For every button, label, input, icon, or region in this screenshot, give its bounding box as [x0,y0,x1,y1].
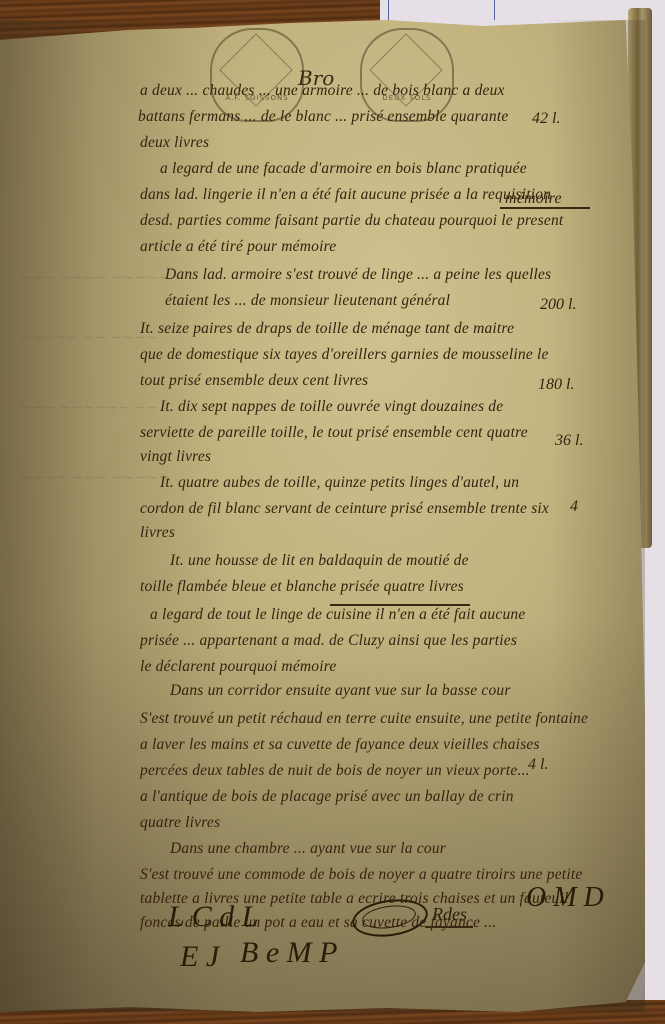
text-line: le déclarent pourquoi mémoire [140,658,337,676]
amount: 36 l. [555,432,583,450]
text-line: It. quatre aubes de toille, quinze petit… [160,474,519,492]
text-line: S'est trouvé un petit réchaud en terre c… [140,710,588,728]
amount: 200 l. [540,296,576,314]
text-line: battans fermans ... de le blanc ... pris… [138,108,508,126]
text-line: It. seize paires de draps de toille de m… [140,320,514,338]
text-line: a legard de une facade d'armoire en bois… [160,160,527,178]
text-line: livres [140,524,175,542]
amount: 4 l. [528,756,548,774]
text-line: que de domestique six tayes d'oreillers … [140,346,549,364]
text-line: tout prisé ensemble deux cent livres [140,372,368,390]
text-line: toille flambée bleue et blanche prisée q… [140,578,464,596]
text-line: Dans un corridor ensuite ayant vue sur l… [170,682,511,700]
amount: 4 [570,498,578,516]
underline [500,207,590,209]
text-line: a laver les mains et sa cuvette de fayan… [140,736,540,754]
text-line: dans lad. lingerie il n'en a été fait au… [140,186,551,204]
text-line: prisée ... appartenant a mad. de Cluzy a… [140,632,517,650]
signature: B e M P [240,936,337,970]
text-line: Dans lad. armoire s'est trouvé de linge … [165,266,551,284]
text-line: serviette de pareille toille, le tout pr… [140,424,528,442]
bleed-through-text: ~~~~~ ~~ ~~~~ [20,330,158,346]
margin-note: mémoire [505,190,562,208]
text-line: vingt livres [140,448,211,466]
underline [425,926,473,928]
ruled-line [494,0,495,20]
bleed-through-text: ~~~ ~~~~ ~~~~~ [20,270,170,286]
text-line: percées deux tables de nuit de bois de n… [140,762,530,780]
text-line: desd. parties comme faisant partie du ch… [140,212,563,230]
text-line: cordon de fil blanc servant de ceinture … [140,500,549,518]
signature: Rdes [432,904,467,925]
text-line: étaient les ... de monsieur lieutenant g… [165,292,450,310]
bleed-through-text: ~~~~ ~~~ ~~~~~ [20,470,170,486]
amount: 180 l. [538,376,574,394]
signature: E J [180,940,219,974]
bleed-through-text: ~~~ ~~~~~~ ~~ [20,400,158,416]
amount: 42 l. [532,110,560,128]
text-line: a legard de tout le linge de cuisine il … [150,606,525,624]
ruled-line [388,0,389,20]
text-line: a deux ... chaudes ... une armoire ... d… [140,82,505,100]
signature: L C d L [168,900,258,934]
text-line: It. une housse de lit en baldaquin de mo… [170,552,469,570]
text-line: S'est trouvé une commode de bois de noye… [140,866,582,884]
signature: O M D [526,882,604,914]
text-line: article a été tiré pour mémoire [140,238,336,256]
text-line: It. dix sept nappes de toille ouvrée vin… [160,398,503,416]
text-line: deux livres [140,134,209,152]
text-line: quatre livres [140,814,220,832]
text-line: Dans une chambre ... ayant vue sur la co… [170,840,446,858]
underline [330,604,470,606]
text-line: a l'antique de bois de placage prisé ave… [140,788,514,806]
